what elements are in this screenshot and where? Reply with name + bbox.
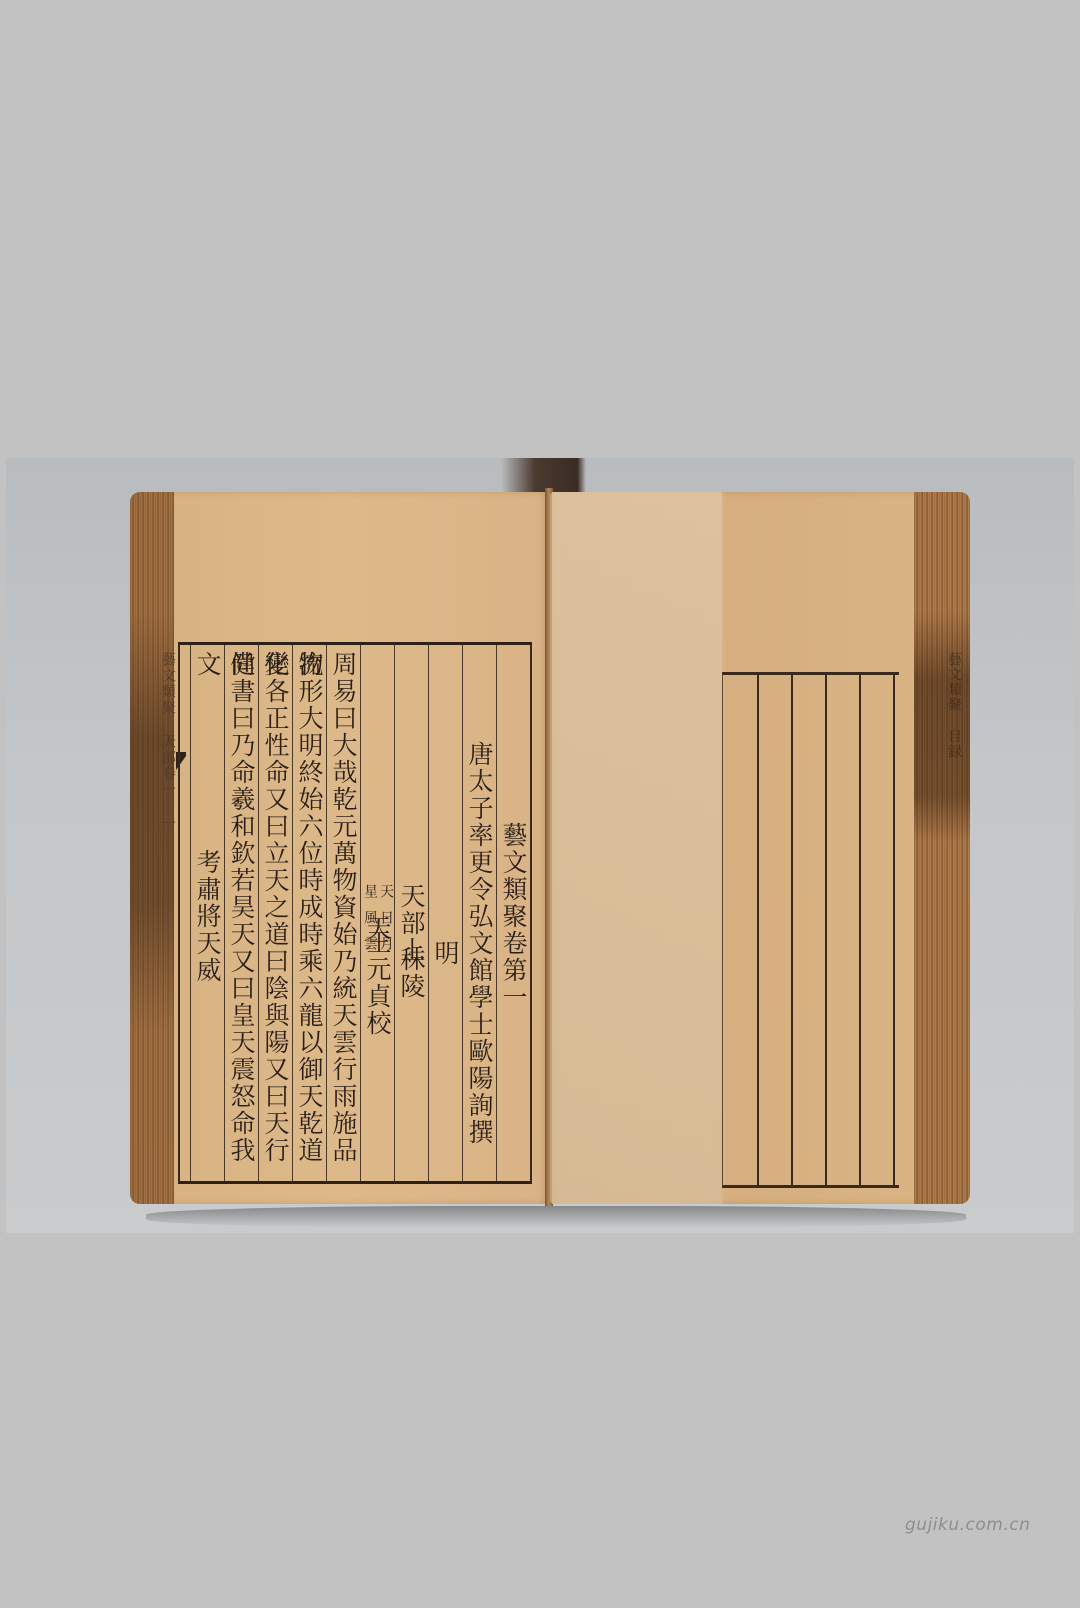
repair-paper-patch [552, 492, 722, 1204]
author-column: 唐太子率更令弘文館學士歐陽詢撰 [462, 645, 496, 1181]
book-photograph: 藝文類聚 天部卷一 一 藝文類聚卷第一 唐太子率更令弘文館學士歐陽詢撰 明 秣陵… [6, 458, 1074, 1233]
site-watermark: gujiku.com.cn [905, 1515, 1030, 1535]
column-rule [757, 675, 759, 1185]
column-rule [791, 675, 793, 1185]
left-printed-frame: 藝文類聚卷第一 唐太子率更令弘文館學士歐陽詢撰 明 秣陵 王元貞校 天部上 天日… [178, 642, 532, 1184]
left-block-heart-label: 藝文類聚 天部卷一 一 [130, 642, 178, 1178]
editor-column: 明 秣陵 王元貞校 [428, 645, 462, 1181]
text-column-2: 流形大明終始六位時成時乘六龍以御天乾道變 [292, 645, 326, 1181]
column-rule [825, 675, 827, 1185]
right-printed-frame [722, 672, 899, 1188]
right-page: 藝文類聚 目録 [550, 492, 970, 1204]
heading-column: 天 [360, 645, 394, 1181]
text-column-3: 化各正性命又曰立天之道曰陰與陽又曰天行健 [258, 645, 292, 1181]
text-column-5: 考肅將天威 [190, 645, 224, 1181]
title-column: 藝文類聚卷第一 [496, 645, 530, 1181]
column-rule [893, 675, 895, 1185]
column-rule [859, 675, 861, 1185]
left-page: 藝文類聚 天部卷一 一 藝文類聚卷第一 唐太子率更令弘文館學士歐陽詢撰 明 秣陵… [130, 492, 548, 1204]
right-block-heart-label: 藝文類聚 目録 [916, 652, 964, 852]
book-shadow [146, 1206, 966, 1228]
section-column: 天部上 天日月 星風雲 [394, 645, 428, 1181]
text-column-4: 尚書曰乃命羲和欽若昊天又曰皇天震怒命我文 [224, 645, 258, 1181]
text-column-1: 周易曰大哉乾元萬物資始乃統天雲行雨施品物 [326, 645, 360, 1181]
